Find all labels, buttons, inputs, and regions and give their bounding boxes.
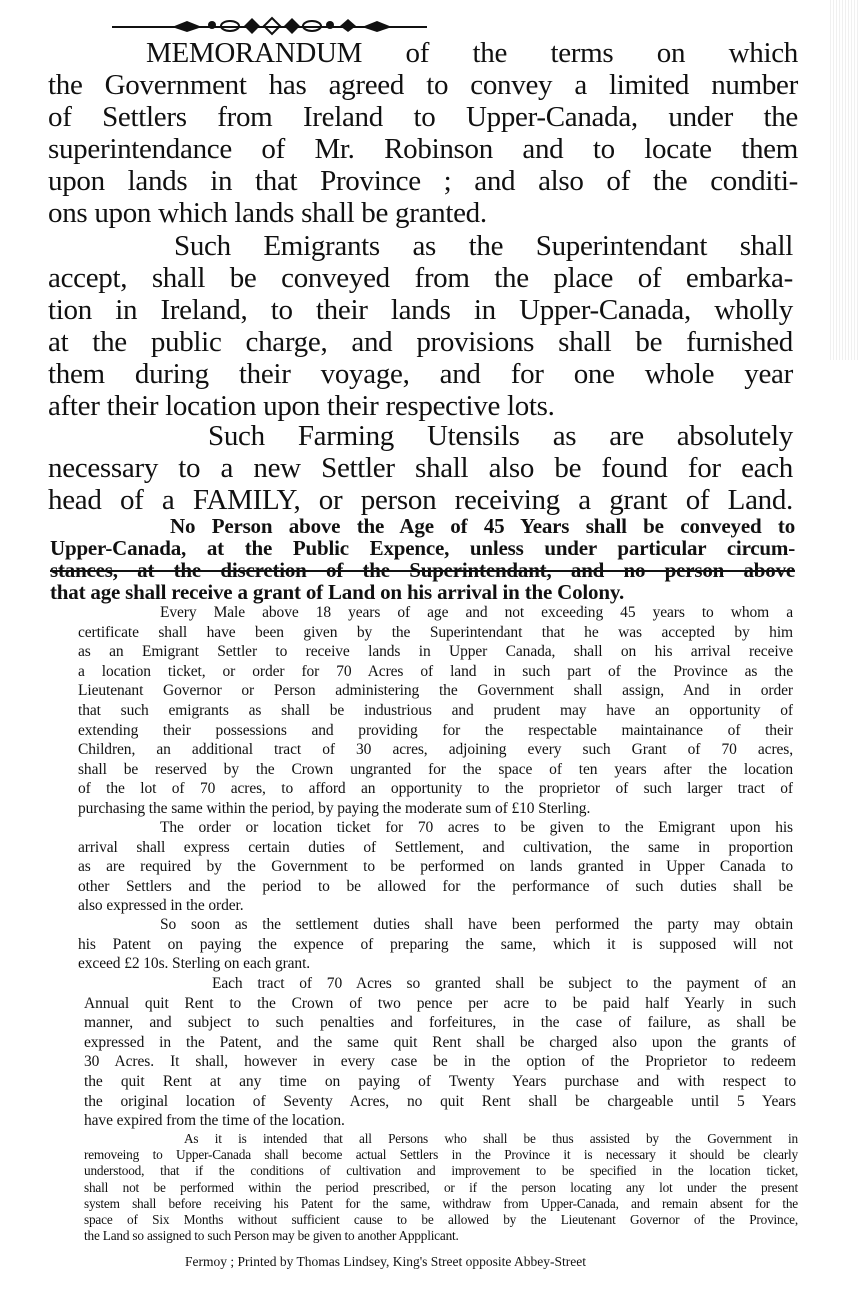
age-limit-paragraph: No Person above the Age of 45 Years shal… bbox=[50, 515, 795, 603]
text-line: have expired from the time of the locati… bbox=[84, 1111, 796, 1131]
text-line: also expressed in the order. bbox=[78, 896, 793, 916]
text-line: at the public charge, and provisions sha… bbox=[48, 326, 793, 358]
text-line: expressed in the Patent, and the same qu… bbox=[84, 1033, 796, 1053]
text-line: system shall before receiving his Patent… bbox=[84, 1196, 798, 1212]
farming-utensils-paragraph: Such Farming Utensils as are absolutely … bbox=[48, 420, 793, 516]
text-line: manner, and subject to such penalties an… bbox=[84, 1013, 796, 1033]
text-line: Such Emigrants as the Superintendant sha… bbox=[48, 230, 793, 262]
text-line: Upper-Canada, at the Public Expence, unl… bbox=[50, 537, 795, 559]
text-line: Lieutenant Governor or Person administer… bbox=[78, 681, 793, 701]
text-line: No Person above the Age of 45 Years shal… bbox=[50, 515, 795, 537]
text-line: Every Male above 18 years of age and not… bbox=[78, 603, 793, 623]
text-line: ons upon which lands shall be granted. bbox=[48, 197, 798, 229]
text-line: shall be reserved by the Crown ungranted… bbox=[78, 760, 793, 780]
text-line: the quit Rent at any time on paying of T… bbox=[84, 1072, 796, 1092]
text-line: his Patent on paying the expence of prep… bbox=[78, 935, 793, 955]
text-line: necessary to a new Settler shall also be… bbox=[48, 452, 793, 484]
quit-rent-paragraph: Each tract of 70 Acres so granted shall … bbox=[84, 974, 796, 1131]
text-line: space of Six Months without sufficient c… bbox=[84, 1212, 798, 1228]
printer-imprint: Fermoy ; Printed by Thomas Lindsey, King… bbox=[185, 1254, 695, 1270]
text-line: certificate shall have been given by the… bbox=[78, 623, 793, 643]
text-line: The order or location ticket for 70 acre… bbox=[78, 818, 793, 838]
text-line: removeing to Upper-Canada shall become a… bbox=[84, 1147, 798, 1163]
text-line: Children, an additional tract of 30 acre… bbox=[78, 740, 793, 760]
text-line: a location ticket, or order for 70 Acres… bbox=[78, 662, 793, 682]
text-line: that age shall receive a grant of Land o… bbox=[50, 581, 795, 603]
emigrants-paragraph: Such Emigrants as the Superintendant sha… bbox=[48, 230, 793, 422]
scanned-document-page: MEMORANDUM of the terms on which the Gov… bbox=[0, 0, 860, 1295]
male-settlers-paragraph: Every Male above 18 years of age and not… bbox=[78, 603, 793, 819]
text-line: understood, that if the conditions of cu… bbox=[84, 1163, 798, 1179]
text-line: the Land so assigned to such Person may … bbox=[84, 1228, 798, 1244]
text-line: extending their possessions and providin… bbox=[78, 721, 793, 741]
text-line: as an Emigrant Settler to receive lands … bbox=[78, 642, 793, 662]
text-line-struck: stances, at the discretion of the Superi… bbox=[50, 559, 795, 581]
text-line: the Government has agreed to convey a li… bbox=[48, 69, 798, 101]
text-line: So soon as the settlement duties shall h… bbox=[78, 915, 793, 935]
text-line: 30 Acres. It shall, however in every cas… bbox=[84, 1052, 796, 1072]
decorative-rule-ornament bbox=[112, 14, 427, 36]
text-line: Such Farming Utensils as are absolutely bbox=[48, 420, 793, 452]
ornament-icon bbox=[112, 14, 427, 36]
text-line: after their location upon their respecti… bbox=[48, 390, 793, 422]
text-line: Each tract of 70 Acres so granted shall … bbox=[84, 974, 796, 994]
conditions-paragraph: As it is intended that all Persons who s… bbox=[84, 1131, 798, 1244]
text-line: the original location of Seventy Acres, … bbox=[84, 1092, 796, 1112]
text-line: exceed £2 10s. Sterling on each grant. bbox=[78, 954, 793, 974]
memorandum-title-paragraph: MEMORANDUM of the terms on which the Gov… bbox=[48, 37, 798, 229]
text-line: other Settlers and the period to be allo… bbox=[78, 877, 793, 897]
text-line: tion in Ireland, to their lands in Upper… bbox=[48, 294, 793, 326]
patent-paragraph: So soon as the settlement duties shall h… bbox=[78, 915, 793, 974]
text-line: MEMORANDUM of the terms on which bbox=[48, 37, 798, 69]
text-line: superintendance of Mr. Robinson and to l… bbox=[48, 133, 798, 165]
scan-noise-edge bbox=[830, 0, 860, 360]
text-line: As it is intended that all Persons who s… bbox=[84, 1131, 798, 1147]
text-line: as are required by the Government to be … bbox=[78, 857, 793, 877]
text-line: of the lot of 70 acres, to afford an opp… bbox=[78, 779, 793, 799]
text-line: shall not be performed within the period… bbox=[84, 1180, 798, 1196]
text-line: accept, shall be conveyed from the place… bbox=[48, 262, 793, 294]
text-line: head of a FAMILY, or person receiving a … bbox=[48, 484, 793, 516]
text-line: upon lands in that Province ; and also o… bbox=[48, 165, 798, 197]
location-ticket-paragraph: The order or location ticket for 70 acre… bbox=[78, 818, 793, 916]
text-line: them during their voyage, and for one wh… bbox=[48, 358, 793, 390]
text-line: that such emigrants as shall be industri… bbox=[78, 701, 793, 721]
text-line: arrival shall express certain duties of … bbox=[78, 838, 793, 858]
text-line: purchasing the same within the period, b… bbox=[78, 799, 793, 819]
text-line: Annual quit Rent to the Crown of two pen… bbox=[84, 994, 796, 1014]
text-line: of Settlers from Ireland to Upper-Canada… bbox=[48, 101, 798, 133]
